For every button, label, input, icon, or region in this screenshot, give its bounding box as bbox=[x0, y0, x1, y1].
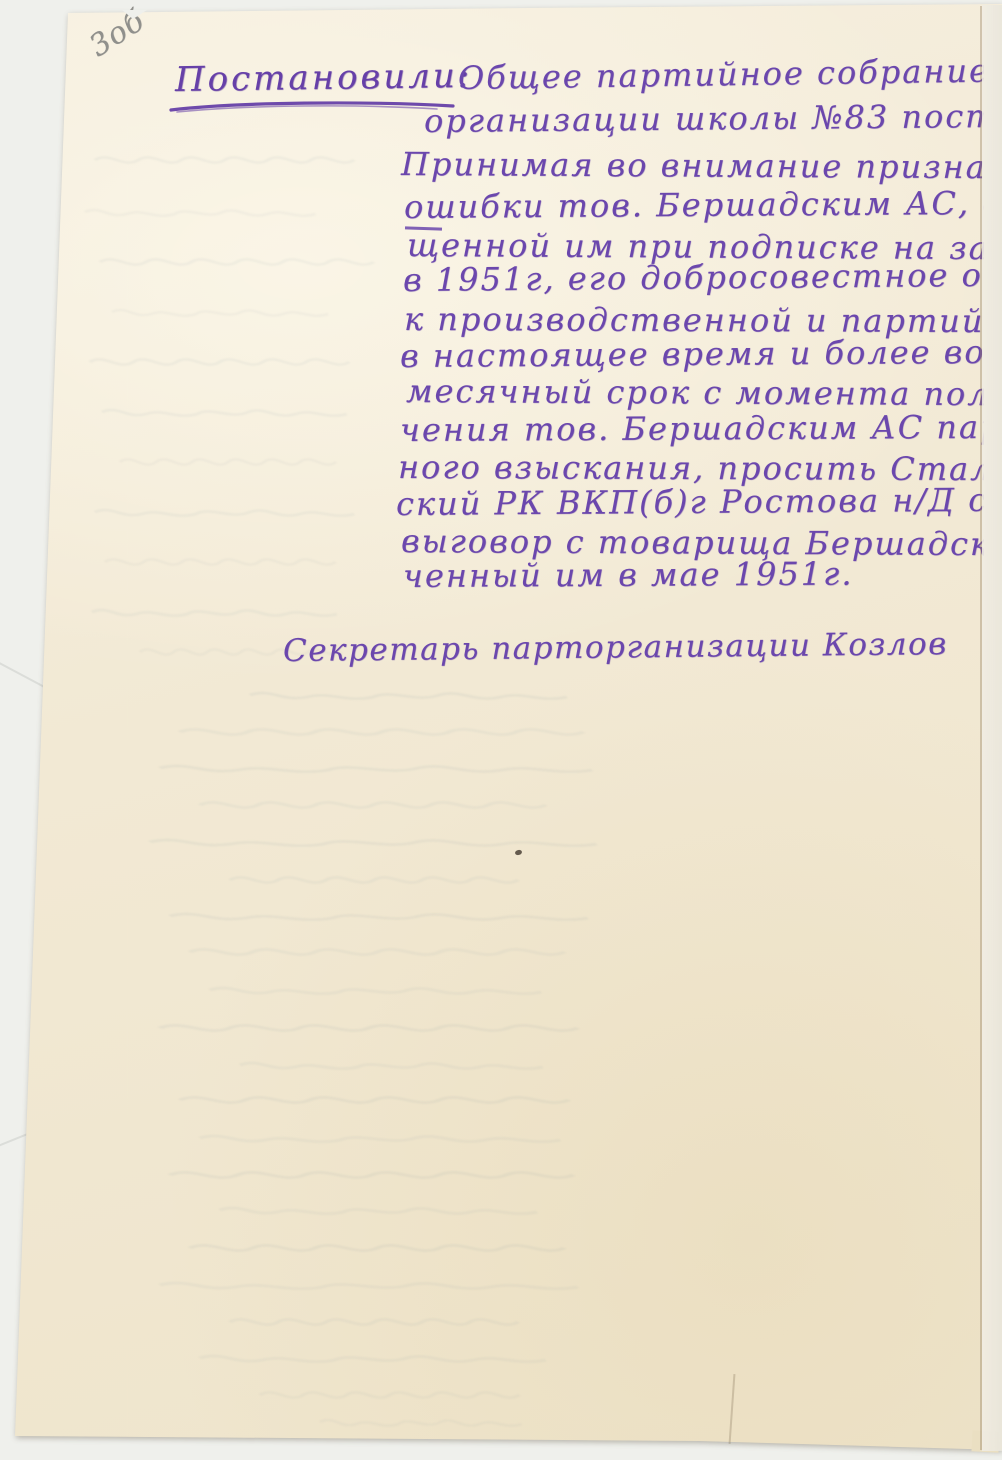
handwritten-line: ский РК ВКП(б)г Ростова н/Д снят bbox=[396, 481, 984, 522]
handwritten-line: в 1951г, его добросовестное отношен bbox=[403, 256, 984, 298]
scanned-document-page: 3об Постановили: Общее партийное собрани… bbox=[0, 0, 1002, 1460]
adjacent-page-strip bbox=[982, 5, 1002, 1451]
handwritten-line: ошибки тов. Бершадским АС, допу bbox=[404, 184, 984, 225]
handwritten-line: Общее партийное собрание парт bbox=[458, 51, 984, 96]
handwritten-line: в настоящее время и более восьм bbox=[400, 333, 984, 374]
handwritten-line: Принимая во внимание признание bbox=[401, 146, 984, 185]
page-fold-seam bbox=[980, 6, 982, 1450]
heading-underline bbox=[167, 99, 459, 115]
resolution-heading: Постановили: bbox=[175, 58, 473, 98]
handwritten-line: ченный им в мае 1951г. bbox=[403, 556, 854, 594]
handwritten-line: организации школы №83 постанов bbox=[424, 97, 984, 139]
handwritten-line: месячный срок с момента полу bbox=[406, 373, 984, 412]
paper-edge-notch bbox=[122, 10, 147, 19]
handwritten-text-layer: Постановили: Общее партийное собрание па… bbox=[0, 0, 984, 1460]
signature-line: Секретарь парторганизации Козлов bbox=[283, 626, 948, 669]
handwritten-line: чения тов. Бершадским АС парти bbox=[400, 409, 984, 448]
